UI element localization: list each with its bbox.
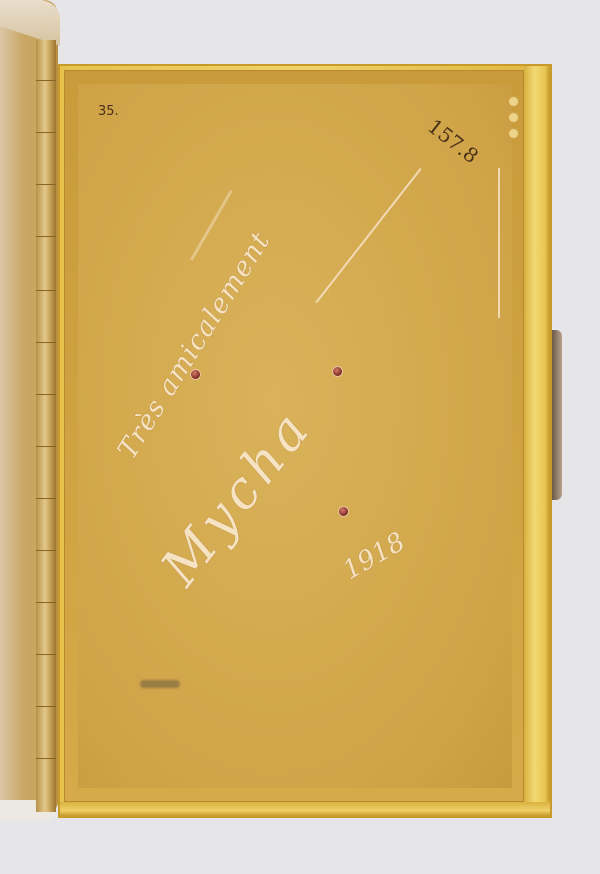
hinge-knuckle bbox=[36, 394, 56, 395]
flourish-stroke bbox=[498, 168, 500, 318]
hinge-knuckle bbox=[36, 550, 56, 551]
tarnish-spot bbox=[140, 680, 180, 688]
hallmark-stamp bbox=[508, 112, 519, 123]
hinge-knuckle bbox=[36, 290, 56, 291]
hinge-knuckle bbox=[36, 132, 56, 133]
pencil-mark-left: 35. bbox=[98, 104, 119, 119]
hinge-knuckle bbox=[36, 498, 56, 499]
hallmark-stamp bbox=[508, 96, 519, 107]
hinge-knuckle bbox=[36, 80, 56, 81]
rivet bbox=[333, 367, 342, 376]
hinge-knuckle bbox=[36, 706, 56, 707]
tray-rim-right bbox=[524, 66, 550, 816]
tray-rim-bottom bbox=[60, 802, 550, 816]
hallmark-stamp bbox=[508, 128, 519, 139]
lid-edge bbox=[0, 0, 60, 46]
hinge-knuckle bbox=[36, 758, 56, 759]
hinge bbox=[36, 40, 56, 812]
photo-stage: 35. 157.8 Très amicalement Mycha 1918 bbox=[0, 0, 600, 874]
hinge-knuckle bbox=[36, 342, 56, 343]
rivet bbox=[339, 507, 348, 516]
rivet bbox=[191, 370, 200, 379]
hinge-knuckle bbox=[36, 602, 56, 603]
clasp bbox=[552, 330, 562, 500]
hinge-knuckle bbox=[36, 236, 56, 237]
hinge-knuckle bbox=[36, 654, 56, 655]
hinge-knuckle bbox=[36, 184, 56, 185]
hinge-knuckle bbox=[36, 446, 56, 447]
